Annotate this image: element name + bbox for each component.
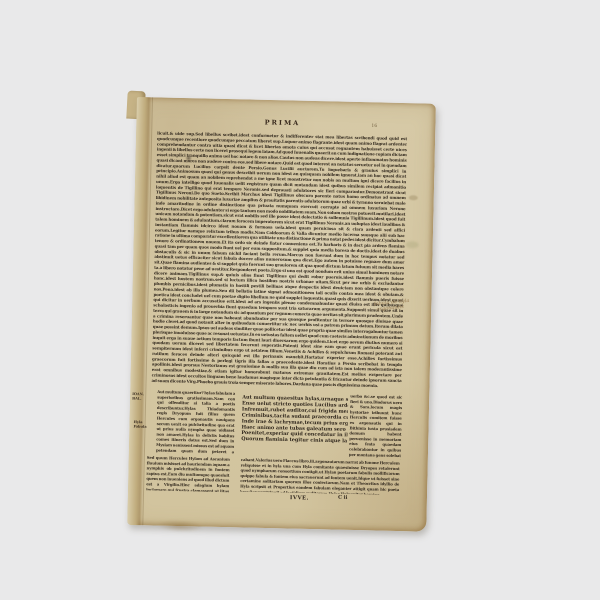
commentary-left-column: Aut multum quaeritur? hylas fabulam a su… xyxy=(156,390,235,456)
folio-number: 16 xyxy=(371,123,385,130)
main-text-block: licuit.& uide sup.Sed libellus scribet.i… xyxy=(151,130,407,394)
commentary-right-text: uerbo &c.se quod est sic fieri & uno.Dio… xyxy=(349,394,402,459)
running-header: PRIMA xyxy=(157,116,407,131)
photo-background: PRIMA 16 licuit.& uide sup.Sed libellus … xyxy=(0,0,600,600)
commentary-bottom-left-column: Sed quum Hercules Hylam ad Ascanium fluu… xyxy=(146,455,230,492)
margin-note-fable-line2: Fabula xyxy=(133,424,155,429)
verse-block: Aut multum quaesitus hylas,urnaque secut… xyxy=(241,394,348,446)
commentary-right-column: uerbo &c.se quod est sic fieri & uno.Dio… xyxy=(349,394,402,459)
verse-line: Quorum flaminia tegitur cinis atque lati… xyxy=(241,436,348,444)
main-text: licuit.& uide sup.Sed libellus scribet.i… xyxy=(151,130,407,394)
folio-number-text: 16 xyxy=(371,123,378,128)
commentary-left-text: Aut multum quaeritur? hylas fabulam a su… xyxy=(156,390,235,456)
foxing-mark xyxy=(409,195,418,200)
handwritten-annotation: fabula de hyla argonautis xyxy=(373,301,432,326)
book-leaf: PRIMA 16 licuit.& uide sup.Sed libellus … xyxy=(127,97,436,532)
margin-note-author: IOAN. BAL. xyxy=(132,392,154,404)
commentary-bottom-right-column: cabant.Valerius uero Flaccus libro.iii.a… xyxy=(240,457,400,495)
commentary-bottom-left-text: Sed quum Hercules Hylam ad Ascanium fluu… xyxy=(146,455,230,492)
ink-smudge xyxy=(185,155,193,161)
foxing-mark xyxy=(406,241,419,248)
margin-note-author-line2: BAL. xyxy=(132,396,154,401)
margin-note-fable: Hyla Fabula xyxy=(133,420,155,432)
footer-running-title-text: IVVE. xyxy=(290,495,305,501)
running-header-text: PRIMA xyxy=(157,116,407,129)
footer-running-title: IVVE. xyxy=(290,495,320,503)
quire-signature: C ii xyxy=(338,495,360,502)
quire-signature-text: C ii xyxy=(338,495,349,501)
commentary-bottom-right-text: cabant.Valerius uero Flaccus libro.iii.a… xyxy=(240,457,400,495)
